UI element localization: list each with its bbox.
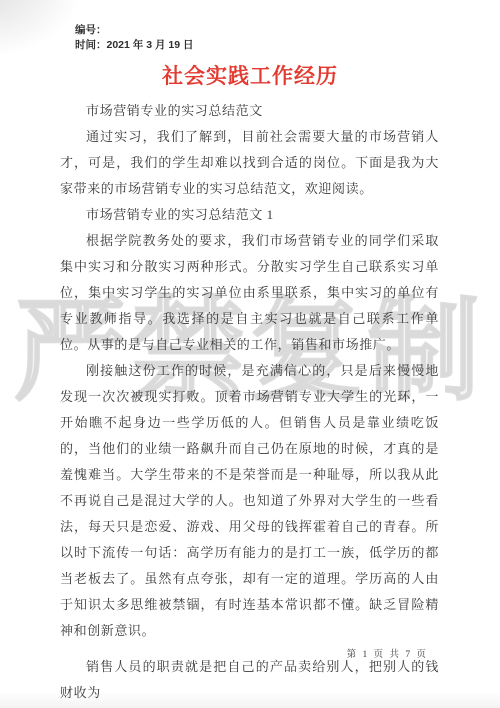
page-number-footer: 第 1 页 共 7 页 <box>347 649 428 662</box>
doc-body: 市场营销专业的实习总结范文 通过实习，我们了解到，目前社会需要大量的市场营销人才… <box>60 98 439 706</box>
paragraph-body: 刚接触这份工作的时候，是充满信心的，只是后来慢慢地发现一次次被现实打败。顶着市场… <box>60 358 439 644</box>
doc-number-line: 编号： <box>75 23 193 38</box>
doc-date-line: 时间：2021 年 3 月 19 日 <box>75 38 193 53</box>
paragraph-intro: 通过实习，我们了解到，目前社会需要大量的市场营销人才，可是，我们的学生却难以找到… <box>60 124 439 202</box>
document-page: 严禁复制 编号： 时间：2021 年 3 月 19 日 社会实践工作经历 市场营… <box>0 0 500 708</box>
paragraph-body: 根据学院教务处的要求，我们市场营销专业的同学们采取集中实习和分散实习两种形式。分… <box>60 228 439 358</box>
doc-title: 社会实践工作经历 <box>0 61 500 91</box>
doc-meta: 编号： 时间：2021 年 3 月 19 日 <box>75 23 193 53</box>
paragraph-subtitle: 市场营销专业的实习总结范文 <box>60 98 439 124</box>
paragraph-section-heading: 市场营销专业的实习总结范文 1 <box>60 202 439 228</box>
